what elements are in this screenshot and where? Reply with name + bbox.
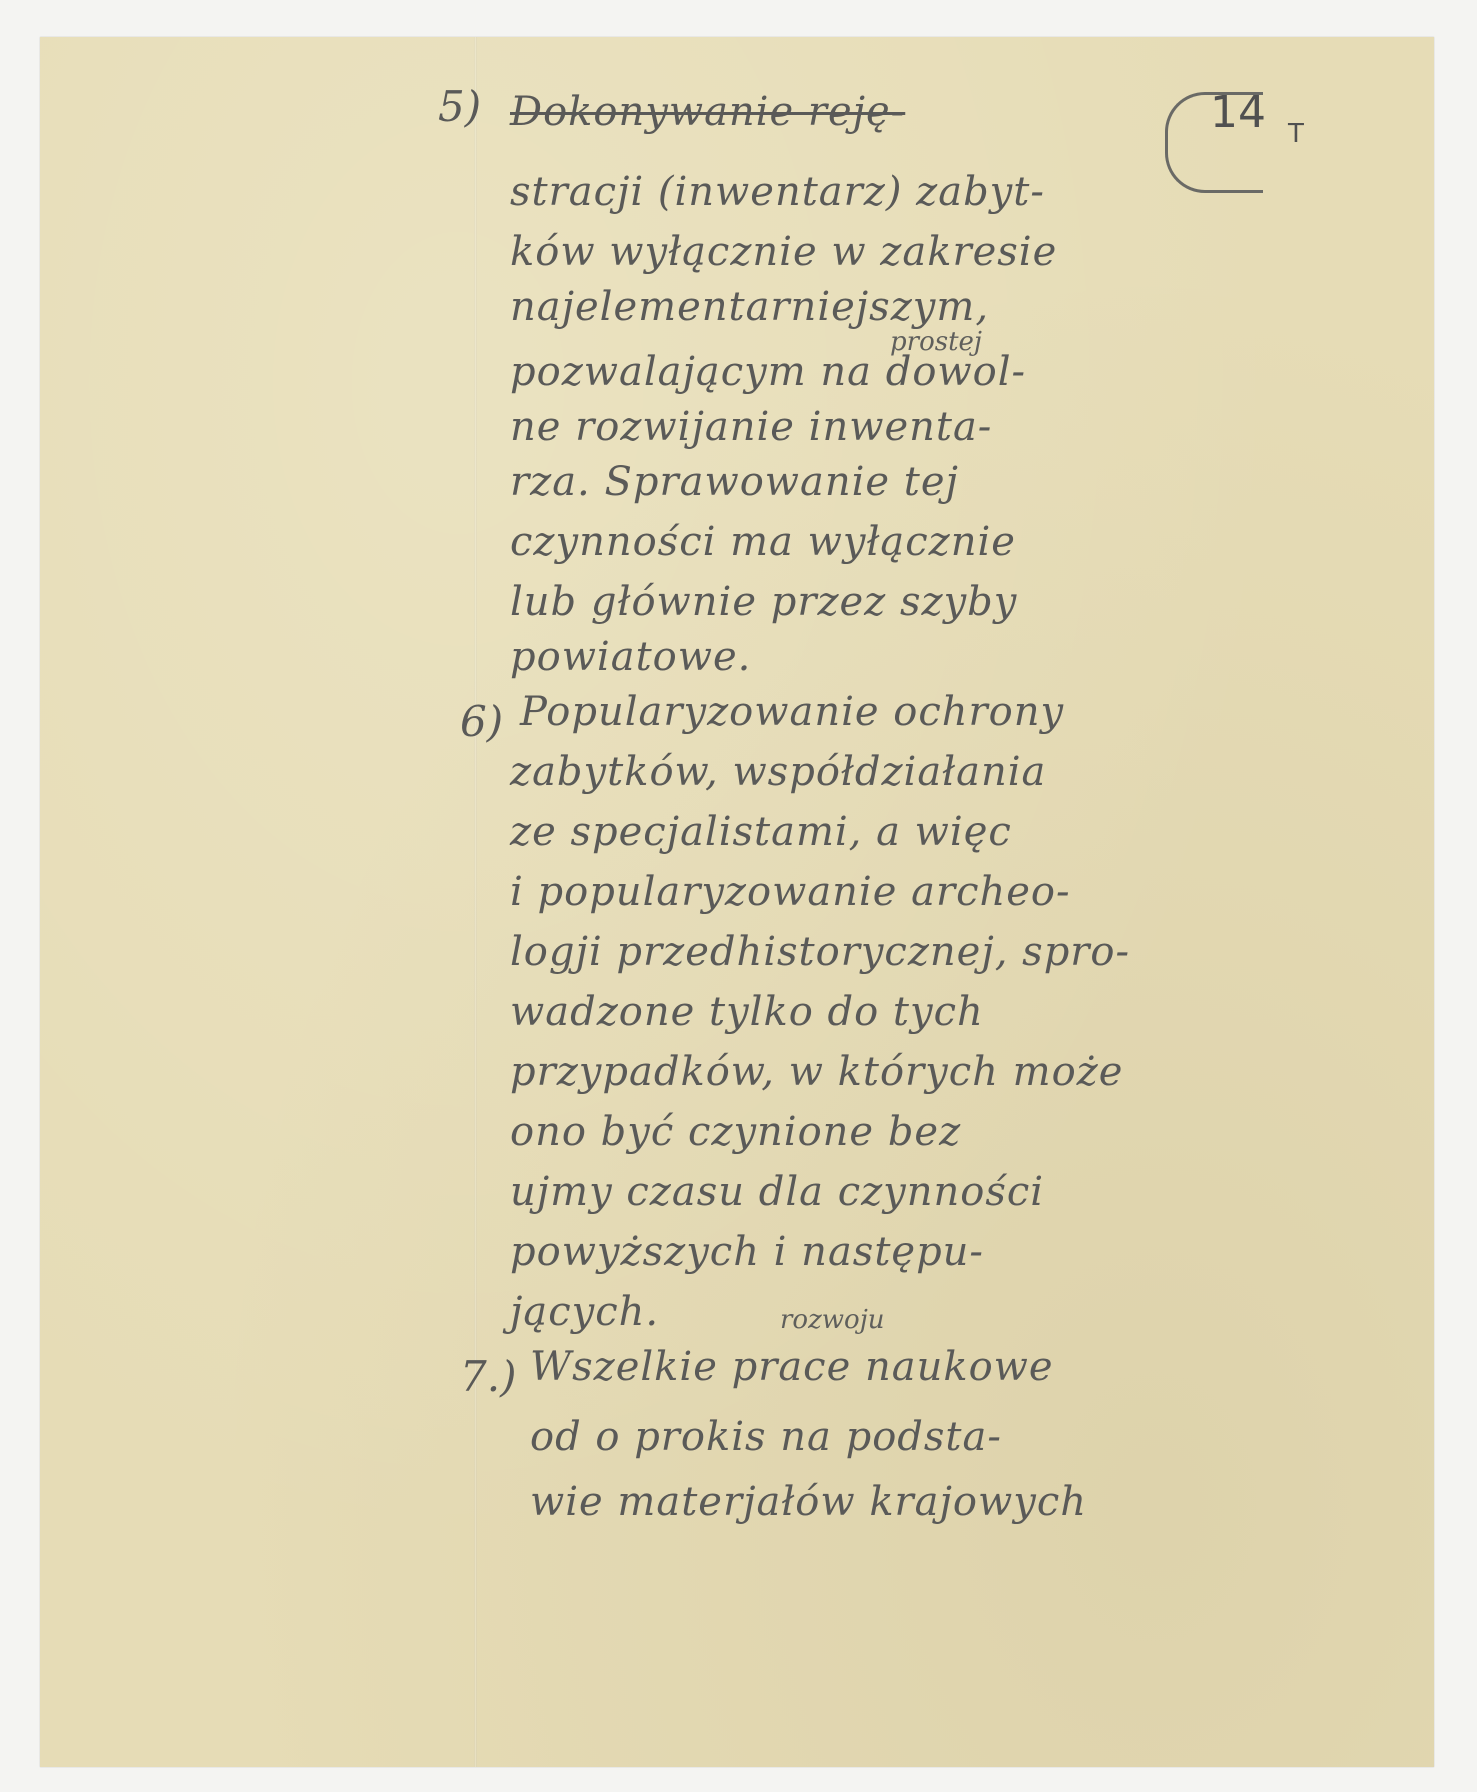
item-5-line-1-text: Dokonywanie reję- [510, 89, 905, 135]
item-6-line-3: ze specjalistami, a więc [510, 812, 1012, 852]
item-5-line-1: Dokonywanie reję- [510, 92, 905, 132]
item-6-line-5: logji przedhistorycznej, spro- [510, 932, 1130, 972]
item-6-line-9: ujmy czasu dla czynności [510, 1172, 1044, 1212]
item-5-line-2: stracji (inwentarz) zabyt- [510, 172, 1045, 212]
item-6-line-2: zabytków, współdziałania [510, 752, 1046, 792]
item-6-line-7: przypadków, w których może [510, 1052, 1123, 1092]
item-number-6: 6) [460, 697, 503, 746]
item-7-line-3: wie materjałów krajowych [530, 1482, 1087, 1522]
manuscript-page: 14 T 5) Dokonywanie reję- stracji (inwen… [40, 37, 1434, 1767]
item-7-line-1: Wszelkie prace naukowe [530, 1347, 1054, 1387]
item-6-line-8: ono być czynione bez [510, 1112, 961, 1152]
item-number-5: 5) [438, 82, 481, 131]
item-5-line-9: lub głównie przez szyby [510, 582, 1017, 622]
item-7-line-2: od o prokis na podsta- [530, 1417, 1002, 1457]
item-5-line-6: ne rozwijanie inwenta- [510, 407, 992, 447]
page-number: 14 [1210, 87, 1266, 138]
item-5-line-10: powiatowe. [510, 637, 751, 677]
item-number-7: 7.) [460, 1352, 516, 1401]
page-mark: T [1288, 119, 1304, 149]
item-5-line-3: ków wyłącznie w zakresie [510, 232, 1057, 272]
item-5-line-7: rza. Sprawowanie tej [510, 462, 959, 502]
insertion-rozwoju: rozwoju [780, 1305, 885, 1335]
item-5-line-5: pozwalającym na dowol- [510, 352, 1026, 392]
item-6-line-6: wadzone tylko do tych [510, 992, 984, 1032]
item-5-line-8: czynności ma wyłącznie [510, 522, 1016, 562]
item-6-line-11: jących. [510, 1292, 659, 1332]
item-6-line-1: Popularyzowanie ochrony [520, 692, 1064, 732]
item-6-line-4: i popularyzowanie archeo- [510, 872, 1071, 912]
item-6-line-10: powyższych i następu- [510, 1232, 984, 1272]
paper-fold-line [474, 37, 477, 1767]
item-5-line-4: najelementarniejszym, [510, 287, 989, 327]
